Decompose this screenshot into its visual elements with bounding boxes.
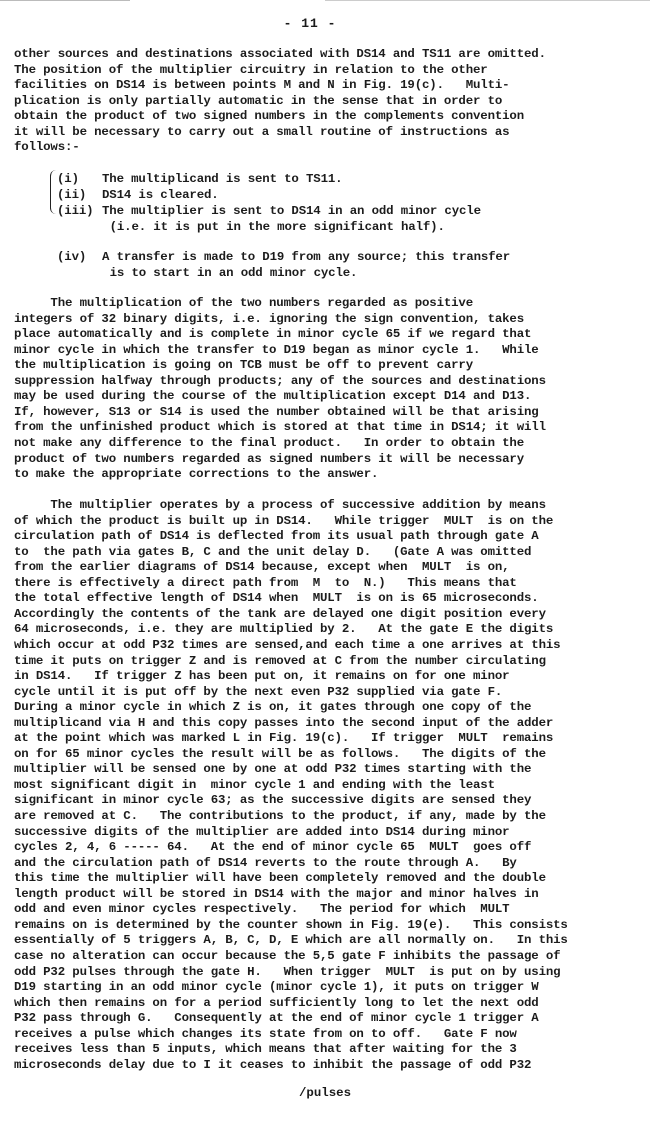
text-line: Accordingly the contents of the tank are… [14,607,546,622]
text-line: case no alteration can occur because the… [14,949,560,964]
text-line: plication is only partially automatic in… [14,94,502,109]
text-line: integers of 32 binary digits, i.e. ignor… [14,312,524,327]
step-label: (iv) [57,250,86,265]
text-line: which then remains on for a period suffi… [14,996,539,1011]
text-line: multiplier will be sensed one by one at … [14,762,531,777]
text-line: this time the multiplier will have been … [14,871,546,886]
step-label: (i) [57,172,79,187]
step-text: (i.e. it is put in the more significant … [110,220,445,235]
text-line: at the point which was marked L in Fig. … [14,731,553,746]
text-line: there is effectively a direct path from … [14,576,517,591]
text-line: During a minor cycle in which Z is on, i… [14,700,531,715]
text-line: other sources and destinations associate… [14,47,546,62]
text-line: The multiplier operates by a process of … [14,498,546,513]
continuation-catchword: /pulses [0,1086,650,1100]
document-page: - 11 - other sources and destinations as… [0,0,650,1124]
text-line: are removed at C. The contributions to t… [14,809,546,824]
text-line: the multiplication is going on TCB must … [14,358,473,373]
text-line: follows:- [14,140,80,155]
text-line: cycle until it is put off by the next ev… [14,685,502,700]
text-line: receives a pulse which changes its state… [14,1027,517,1042]
text-line: from the unfinished product which is sto… [14,420,546,435]
step-text: DS14 is cleared. [102,188,219,203]
text-line: which occur at odd P32 times are sensed,… [14,638,560,653]
text-line: the total effective length of DS14 when … [14,591,539,606]
text-line: If, however, S13 or S14 is used the numb… [14,405,539,420]
text-line: remains on is determined by the counter … [14,918,568,933]
step-label: (ii) [57,188,86,203]
text-line: may be used during the course of the mul… [14,389,531,404]
text-line: product of two numbers regarded as signe… [14,452,524,467]
text-line: receives less than 5 inputs, which means… [14,1042,517,1057]
text-line: The position of the multiplier circuitry… [14,63,488,78]
step-text: The multiplier is sent to DS14 in an odd… [102,204,481,219]
text-line: successive digits of the multiplier are … [14,825,509,840]
grouping-brace [50,170,57,214]
text-line: in DS14. If trigger Z has been put on, i… [14,669,509,684]
text-line: The multiplication of the two numbers re… [14,296,473,311]
step-text: is to start in an odd minor cycle. [110,266,358,281]
text-line: microseconds delay due to I it ceases to… [14,1058,531,1073]
text-line: place automatically and is complete in m… [14,327,531,342]
step-text: The multiplicand is sent to TS11. [102,172,342,187]
text-line: P32 pass through G. Consequently at the … [14,1011,539,1026]
text-line: time it puts on trigger Z and is removed… [14,654,546,669]
text-line: cycles 2, 4, 6 ----- 64. At the end of m… [14,840,531,855]
text-line: D19 starting in an odd minor cycle (mino… [14,980,539,995]
page-number: - 11 - [0,16,620,31]
text-line: to the path via gates B, C and the unit … [14,545,531,560]
text-line: length product will be stored in DS14 wi… [14,887,539,902]
text-line: significant in minor cycle 63; as the su… [14,793,531,808]
text-line: from the earlier diagrams of DS14 becaus… [14,560,509,575]
text-line: it will be necessary to carry out a smal… [14,125,509,140]
text-line: 64 microseconds, i.e. they are multiplie… [14,622,553,637]
text-line: multiplicand via H and this copy passes … [14,716,553,731]
text-line: essentially of 5 triggers A, B, C, D, E … [14,933,568,948]
text-line: and the circulation path of DS14 reverts… [14,856,517,871]
text-line: obtain the product of two signed numbers… [14,109,524,124]
text-line: facilities on DS14 is between points M a… [14,78,509,93]
text-line: odd and even minor cycles respectively. … [14,902,509,917]
text-line: suppression halfway through products; an… [14,374,546,389]
scan-edge-line [0,0,650,1]
text-line: most significant digit in minor cycle 1 … [14,778,495,793]
text-line: to make the appropriate corrections to t… [14,467,378,482]
text-line: circulation path of DS14 is deflected fr… [14,529,539,544]
text-line: odd P32 pulses through the gate H. When … [14,965,560,980]
text-line: on for 65 minor cycles the result will b… [14,747,546,762]
text-line: of which the product is built up in DS14… [14,514,553,529]
step-text: A transfer is made to D19 from any sourc… [102,250,510,265]
text-line: minor cycle in which the transfer to D19… [14,343,539,358]
text-line: not make any difference to the final pro… [14,436,524,451]
step-label: (iii) [57,204,93,219]
